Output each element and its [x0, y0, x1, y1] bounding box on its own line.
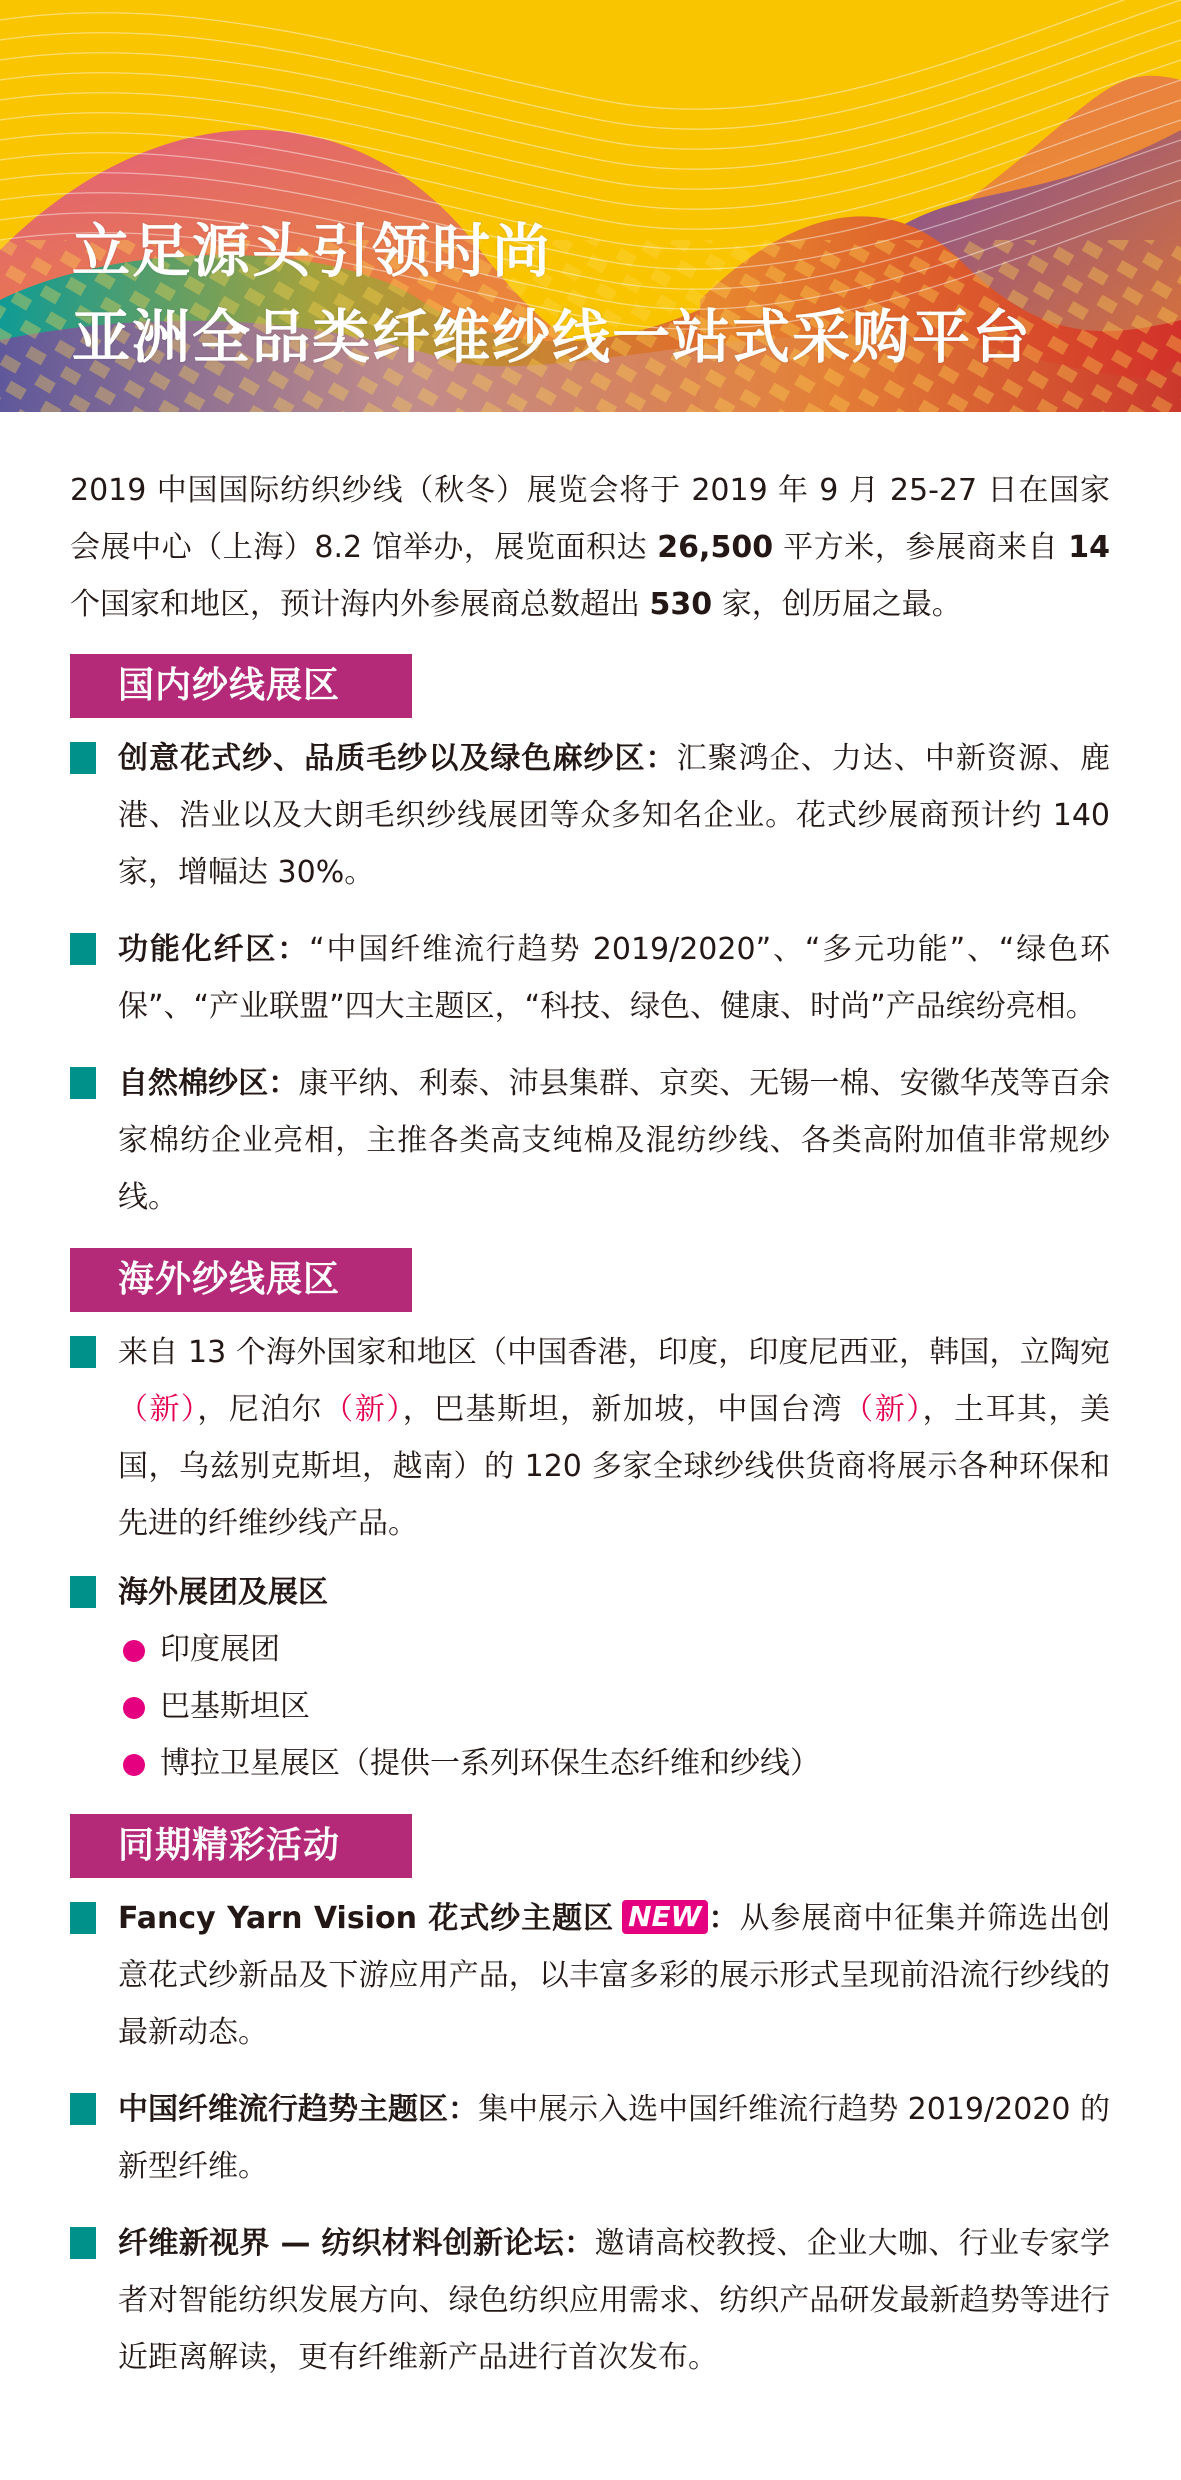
- new-badge: NEW: [622, 1900, 707, 1934]
- square-bullet-icon: [70, 2227, 96, 2259]
- list-item: 纤维新视界 — 纺织材料创新论坛：邀请高校教授、企业大咖、行业专家学者对智能纺织…: [70, 2215, 1110, 2386]
- item-label: Fancy Yarn Vision 花式纱主题区: [118, 1901, 614, 1936]
- group-item: 博拉卫星展区（提供一系列环保生态纤维和纱线）: [70, 1735, 1110, 1792]
- square-bullet-icon: [70, 2093, 96, 2125]
- intro-text: 平方米，参展商来自: [773, 530, 1068, 565]
- new-mark: （新）: [843, 1392, 922, 1427]
- countries-count: 14: [1068, 530, 1110, 565]
- list-item: 来自 13 个海外国家和地区（中国香港，印度，印度尼西亚，韩国，立陶宛（新），尼…: [70, 1324, 1110, 1552]
- list-item: 创意花式纱、品质毛纱以及绿色麻纱区：汇聚鸿企、力达、中新资源、鹿港、浩业以及大朗…: [70, 730, 1110, 901]
- intro-paragraph: 2019 中国国际纺织纱线（秋冬）展览会将于 2019 年 9 月 25-27 …: [70, 462, 1110, 633]
- section-header: 同期精彩活动: [70, 1814, 412, 1878]
- item-colon: ：: [708, 1901, 740, 1936]
- square-bullet-icon: [70, 742, 96, 774]
- dot-bullet-icon: [123, 1697, 145, 1719]
- square-bullet-icon: [70, 1067, 96, 1099]
- square-bullet-icon: [70, 1336, 96, 1368]
- dot-bullet-icon: [123, 1754, 145, 1776]
- dot-bullet-icon: [123, 1640, 145, 1662]
- list-item: 功能化纤区：“中国纤维流行趋势 2019/2020”、“多元功能”、“绿色环保”…: [70, 921, 1110, 1035]
- new-mark: （新）: [323, 1392, 402, 1427]
- item-text: ，巴基斯坦，新加坡，中国台湾: [403, 1392, 844, 1427]
- square-bullet-icon: [70, 1902, 96, 1934]
- square-bullet-icon: [70, 933, 96, 965]
- group-item: 印度展团: [70, 1621, 1110, 1678]
- list-item: 海外展团及展区: [70, 1564, 1110, 1621]
- hero-banner: 立足源头引领时尚 亚洲全品类纤维纱线一站式采购平台: [0, 0, 1181, 412]
- exhibition-area-value: 26,500: [657, 530, 773, 565]
- item-label: 中国纤维流行趋势主题区：: [118, 2092, 478, 2127]
- banner-title-line-1: 立足源头引领时尚: [72, 222, 552, 280]
- section-domestic: 国内纱线展区 创意花式纱、品质毛纱以及绿色麻纱区：汇聚鸿企、力达、中新资源、鹿港…: [70, 654, 1110, 1226]
- item-label: 创意花式纱、品质毛纱以及绿色麻纱区：: [118, 741, 677, 776]
- item-label: 功能化纤区：: [118, 932, 309, 967]
- list-item: Fancy Yarn Vision 花式纱主题区NEW：从参展商中征集并筛选出创…: [70, 1890, 1110, 2061]
- item-text: 来自 13 个海外国家和地区（中国香港，印度，印度尼西亚，韩国，立陶宛: [118, 1335, 1110, 1370]
- section-header: 国内纱线展区: [70, 654, 412, 718]
- exhibitors-count: 530: [650, 587, 713, 622]
- intro-text: 家，创历届之最。: [712, 587, 962, 622]
- item-label: 纤维新视界 — 纺织材料创新论坛：: [118, 2226, 594, 2261]
- group-item: 巴基斯坦区: [70, 1678, 1110, 1735]
- item-label: 自然棉纱区：: [118, 1066, 298, 1101]
- group-text: 博拉卫星展区（提供一系列环保生态纤维和纱线）: [160, 1746, 820, 1781]
- list-item: 自然棉纱区：康平纳、利泰、沛县集群、京奕、无锡一棉、安徽华茂等百余家棉纺企业亮相…: [70, 1055, 1110, 1226]
- item-label: 海外展团及展区: [118, 1575, 328, 1610]
- section-header: 海外纱线展区: [70, 1248, 412, 1312]
- group-text: 印度展团: [160, 1632, 280, 1667]
- section-overseas: 海外纱线展区 来自 13 个海外国家和地区（中国香港，印度，印度尼西亚，韩国，立…: [70, 1248, 1110, 1792]
- new-mark: （新）: [118, 1392, 197, 1427]
- intro-text: 个国家和地区，预计海内外参展商总数超出: [70, 587, 650, 622]
- square-bullet-icon: [70, 1576, 96, 1608]
- content: 2019 中国国际纺织纱线（秋冬）展览会将于 2019 年 9 月 25-27 …: [70, 462, 1110, 2386]
- list-item: 中国纤维流行趋势主题区：集中展示入选中国纤维流行趋势 2019/2020 的新型…: [70, 2081, 1110, 2195]
- item-text: ，尼泊尔: [197, 1392, 323, 1427]
- section-events: 同期精彩活动 Fancy Yarn Vision 花式纱主题区NEW：从参展商中…: [70, 1814, 1110, 2386]
- group-text: 巴基斯坦区: [160, 1689, 310, 1724]
- banner-title-line-2: 亚洲全品类纤维纱线一站式采购平台: [72, 308, 1032, 366]
